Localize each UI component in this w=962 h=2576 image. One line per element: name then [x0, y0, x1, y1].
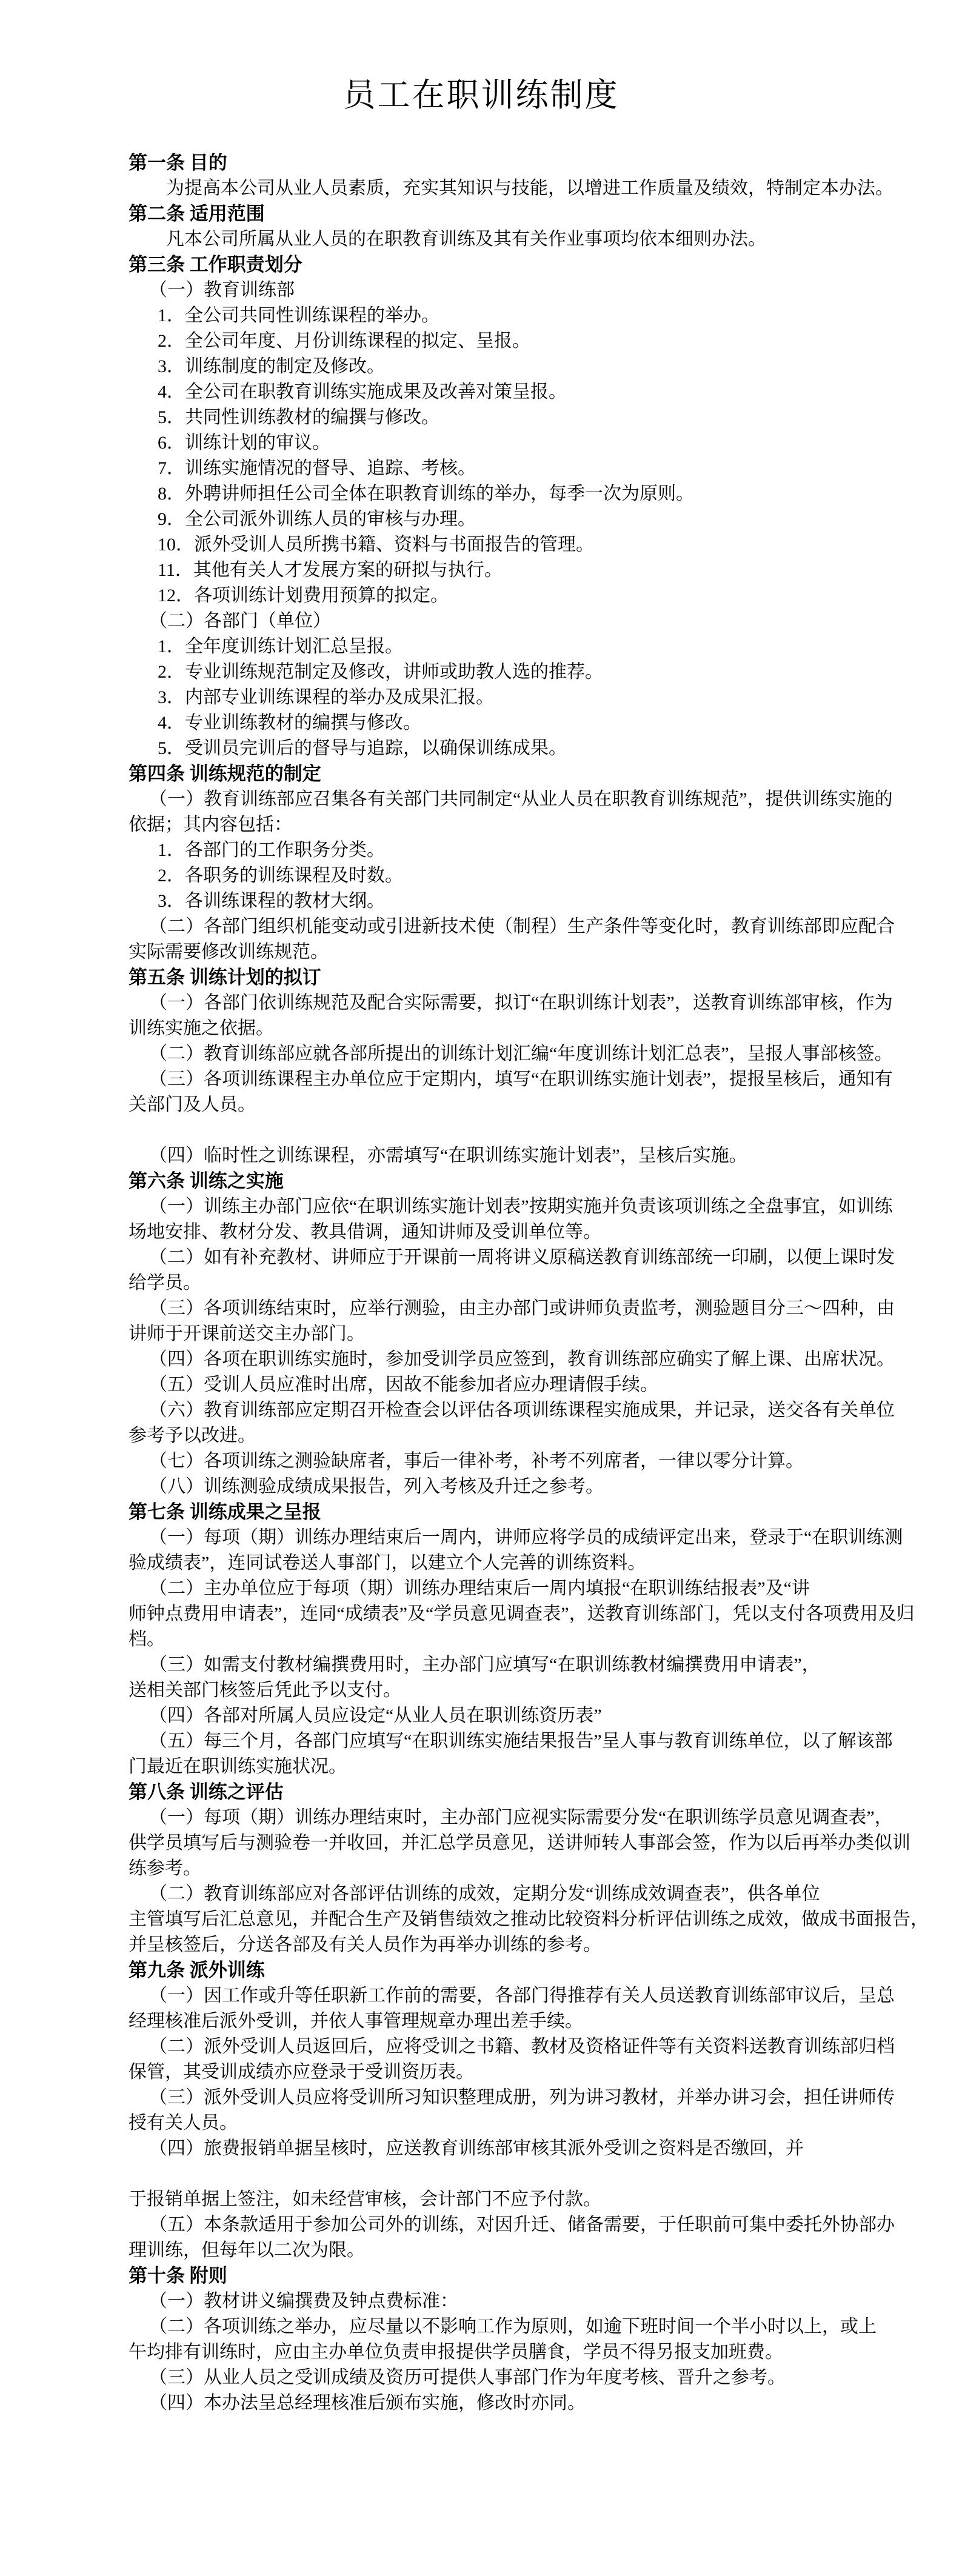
text-line: （四）本办法呈总经理核准后颁布实施，修改时亦同。	[129, 2391, 950, 2416]
article-heading: 第八条 训练之评估	[129, 1780, 950, 1805]
text-line: 4．全公司在职教育训练实施成果及改善对策呈报。	[129, 379, 950, 405]
text-line: （二）教育训练部应对各部评估训练的成效，定期分发“训练成效调查表”，供各单位	[129, 1881, 950, 1907]
text-line: 10．派外受训人员所携书籍、资料与书面报告的管理。	[129, 532, 950, 558]
text-line: 5．受训员完训后的督导与追踪，以确保训练成果。	[129, 736, 950, 761]
text-line: 验成绩表”，连同试卷送人事部门，以建立个人完善的训练资料。	[129, 1550, 950, 1576]
blank-line	[129, 1118, 950, 1143]
text-line: 午均排有训练时，应由主办单位负责申报提供学员膳食，学员不得另报支加班费。	[129, 2340, 950, 2365]
text-line: 场地安排、教材分发、教具借调，通知讲师及受训单位等。	[129, 1220, 950, 1245]
blank-line	[129, 2161, 950, 2187]
text-line: （三）各项训练结束时，应举行测验，由主办部门或讲师负责监考，测验题目分三～四种，…	[129, 1296, 950, 1321]
text-line: （一）每项（期）训练办理结束时，主办部门应视实际需要分发“在职训练学员意见调查表…	[129, 1805, 950, 1830]
text-line: 3．各训练课程的教材大纲。	[129, 889, 950, 914]
text-line: 11．其他有关人才发展方案的研拟与执行。	[129, 558, 950, 583]
text-line: （二）派外受训人员返回后，应将受训之书籍、教材及资格证件等有关资料送教育训练部归…	[129, 2034, 950, 2060]
text-line: （四）旅费报销单据呈核时，应送教育训练部审核其派外受训之资料是否缴回，并	[129, 2136, 950, 2161]
text-line: 训练实施之依据。	[129, 1016, 950, 1041]
text-line: （五）每三个月，各部门应填写“在职训练实施结果报告”呈人事与教育训练单位，以了解…	[129, 1729, 950, 1754]
article-heading: 第一条 目的	[129, 150, 950, 176]
text-line: 给学员。	[129, 1270, 950, 1296]
article-heading: 第九条 派外训练	[129, 1958, 950, 1983]
text-line: 档。	[129, 1627, 950, 1652]
text-line: （二）各部门（单位）	[129, 609, 950, 634]
text-line: 9．全公司派外训练人员的审核与办理。	[129, 507, 950, 532]
text-line: （二）各项训练之举办，应尽量以不影响工作为原则，如逾下班时间一个半小时以上，或上	[129, 2314, 950, 2340]
text-line: 供学员填写后与测验卷一并收回，并汇总学员意见，送讲师转人事部会签，作为以后再举办…	[129, 1830, 950, 1856]
text-line: 送相关部门核签后凭此予以支付。	[129, 1678, 950, 1703]
text-line: 讲师于开课前送交主办部门。	[129, 1321, 950, 1347]
text-line: （三）如需支付教材编撰费用时，主办部门应填写“在职训练教材编撰费用申请表”，	[129, 1652, 950, 1678]
article-heading: 第四条 训练规范的制定	[129, 761, 950, 787]
article-heading: 第七条 训练成果之呈报	[129, 1500, 950, 1525]
document-title: 员工在职训练制度	[0, 0, 962, 116]
text-line: 5．共同性训练教材的编撰与修改。	[129, 405, 950, 430]
text-line: 1．全公司共同性训练课程的举办。	[129, 303, 950, 329]
text-line: （四）临时性之训练课程，亦需填写“在职训练实施计划表”，呈核后实施。	[129, 1143, 950, 1169]
text-line: 依据；其内容包括：	[129, 812, 950, 838]
text-line: （二）主办单位应于每项（期）训练办理结束后一周内填报“在职训练结报表”及“讲	[129, 1576, 950, 1601]
text-line: （一）各部门依训练规范及配合实际需要，拟订“在职训练计划表”，送教育训练部审核，…	[129, 990, 950, 1016]
text-line: 门最近在职训练实施状况。	[129, 1754, 950, 1780]
text-line: （一）训练主办部门应依“在职训练实施计划表”按期实施并负责该项训练之全盘事宜，如…	[129, 1194, 950, 1220]
text-line: （一）教育训练部应召集各有关部门共同制定“从业人员在职教育训练规范”，提供训练实…	[129, 787, 950, 812]
text-line: （四）各部对所属人员应设定“从业人员在职训练资历表”	[129, 1703, 950, 1729]
text-line: （三）从业人员之受训成绩及资历可提供人事部门作为年度考核、晋升之参考。	[129, 2365, 950, 2391]
text-line: （一）因工作或升等任职新工作前的需要，各部门得推荐有关人员送教育训练部审议后，呈…	[129, 1983, 950, 2009]
text-line: （二）各部门组织机能变动或引进新技术使（制程）生产条件等变化时，教育训练部即应配…	[129, 914, 950, 939]
article-heading: 第三条 工作职责划分	[129, 252, 950, 278]
article-heading: 第五条 训练计划的拟订	[129, 965, 950, 990]
article-heading: 第二条 适用范围	[129, 201, 950, 227]
text-line: 1．各部门的工作职务分类。	[129, 838, 950, 863]
document-page: 员工在职训练制度 第一条 目的为提高本公司从业人员素质，充实其知识与技能，以增进…	[0, 0, 962, 2576]
text-line: 6．训练计划的审议。	[129, 430, 950, 456]
text-line: 1．全年度训练计划汇总呈报。	[129, 634, 950, 659]
text-line: （八）训练测验成绩成果报告，列入考核及升迁之参考。	[129, 1474, 950, 1500]
text-line: 关部门及人员。	[129, 1092, 950, 1118]
text-line: 主管填写后汇总意见，并配合生产及销售绩效之推动比较资料分析评估训练之成效，做成书…	[129, 1907, 950, 1932]
text-line: （一）每项（期）训练办理结束后一周内，讲师应将学员的成绩评定出来，登录于“在职训…	[129, 1525, 950, 1550]
text-line: 理训练，但每年以二次为限。	[129, 2238, 950, 2263]
text-line: 凡本公司所属从业人员的在职教育训练及其有关作业事项均依本细则办法。	[129, 227, 950, 252]
text-line: 7．训练实施情况的督导、追踪、考核。	[129, 456, 950, 481]
text-line: （二）如有补充教材、讲师应于开课前一周将讲义原稿送教育训练部统一印刷，以便上课时…	[129, 1245, 950, 1270]
text-line: 2．全公司年度、月份训练课程的拟定、呈报。	[129, 329, 950, 354]
text-line: 并呈核签后，分送各部及有关人员作为再举办训练的参考。	[129, 1932, 950, 1958]
text-line: 3．训练制度的制定及修改。	[129, 354, 950, 379]
text-line: （七）各项训练之测验缺席者，事后一律补考，补考不列席者，一律以零分计算。	[129, 1449, 950, 1474]
text-line: 8．外聘讲师担任公司全体在职教育训练的举办，每季一次为原则。	[129, 481, 950, 507]
text-line: 师钟点费用申请表”，连同“成绩表”及“学员意见调查表”，送教育训练部门，凭以支付…	[129, 1601, 950, 1627]
text-line: （五）本条款适用于参加公司外的训练，对因升迁、储备需要，于任职前可集中委托外协部…	[129, 2212, 950, 2238]
text-line: 实际需要修改训练规范。	[129, 939, 950, 965]
text-line: 经理核准后派外受训，并依人事管理规章办理出差手续。	[129, 2009, 950, 2034]
text-line: （一）教材讲义编撰费及钟点费标准：	[129, 2289, 950, 2314]
text-line: 于报销单据上签注，如未经营审核，会计部门不应予付款。	[129, 2187, 950, 2212]
text-line: 4．专业训练教材的编撰与修改。	[129, 710, 950, 736]
text-line: 参考予以改进。	[129, 1423, 950, 1449]
text-line: （一）教育训练部	[129, 278, 950, 303]
text-line: 授有关人员。	[129, 2111, 950, 2136]
text-line: 练参考。	[129, 1856, 950, 1881]
text-line: 2．各职务的训练课程及时数。	[129, 863, 950, 889]
text-line: 3．内部专业训练课程的举办及成果汇报。	[129, 685, 950, 710]
document-body: 第一条 目的为提高本公司从业人员素质，充实其知识与技能，以增进工作质量及绩效，特…	[0, 150, 962, 2416]
text-line: 12．各项训练计划费用预算的拟定。	[129, 583, 950, 609]
text-line: （二）教育训练部应就各部所提出的训练计划汇编“年度训练计划汇总表”，呈报人事部核…	[129, 1041, 950, 1067]
text-line: （五）受训人员应准时出席，因故不能参加者应办理请假手续。	[129, 1372, 950, 1398]
text-line: （三）派外受训人员应将受训所习知识整理成册，列为讲习教材，并举办讲习会，担任讲师…	[129, 2085, 950, 2111]
text-line: （四）各项在职训练实施时，参加受训学员应签到，教育训练部应确实了解上课、出席状况…	[129, 1347, 950, 1372]
text-line: 为提高本公司从业人员素质，充实其知识与技能，以增进工作质量及绩效，特制定本办法。	[129, 176, 950, 201]
article-heading: 第十条 附则	[129, 2263, 950, 2289]
text-line: 2．专业训练规范制定及修改，讲师或助教人选的推荐。	[129, 659, 950, 685]
article-heading: 第六条 训练之实施	[129, 1169, 950, 1194]
text-line: （三）各项训练课程主办单位应于定期内，填写“在职训练实施计划表”，提报呈核后，通…	[129, 1067, 950, 1092]
text-line: （六）教育训练部应定期召开检查会以评估各项训练课程实施成果，并记录，送交各有关单…	[129, 1398, 950, 1423]
text-line: 保管，其受训成绩亦应登录于受训资历表。	[129, 2060, 950, 2085]
